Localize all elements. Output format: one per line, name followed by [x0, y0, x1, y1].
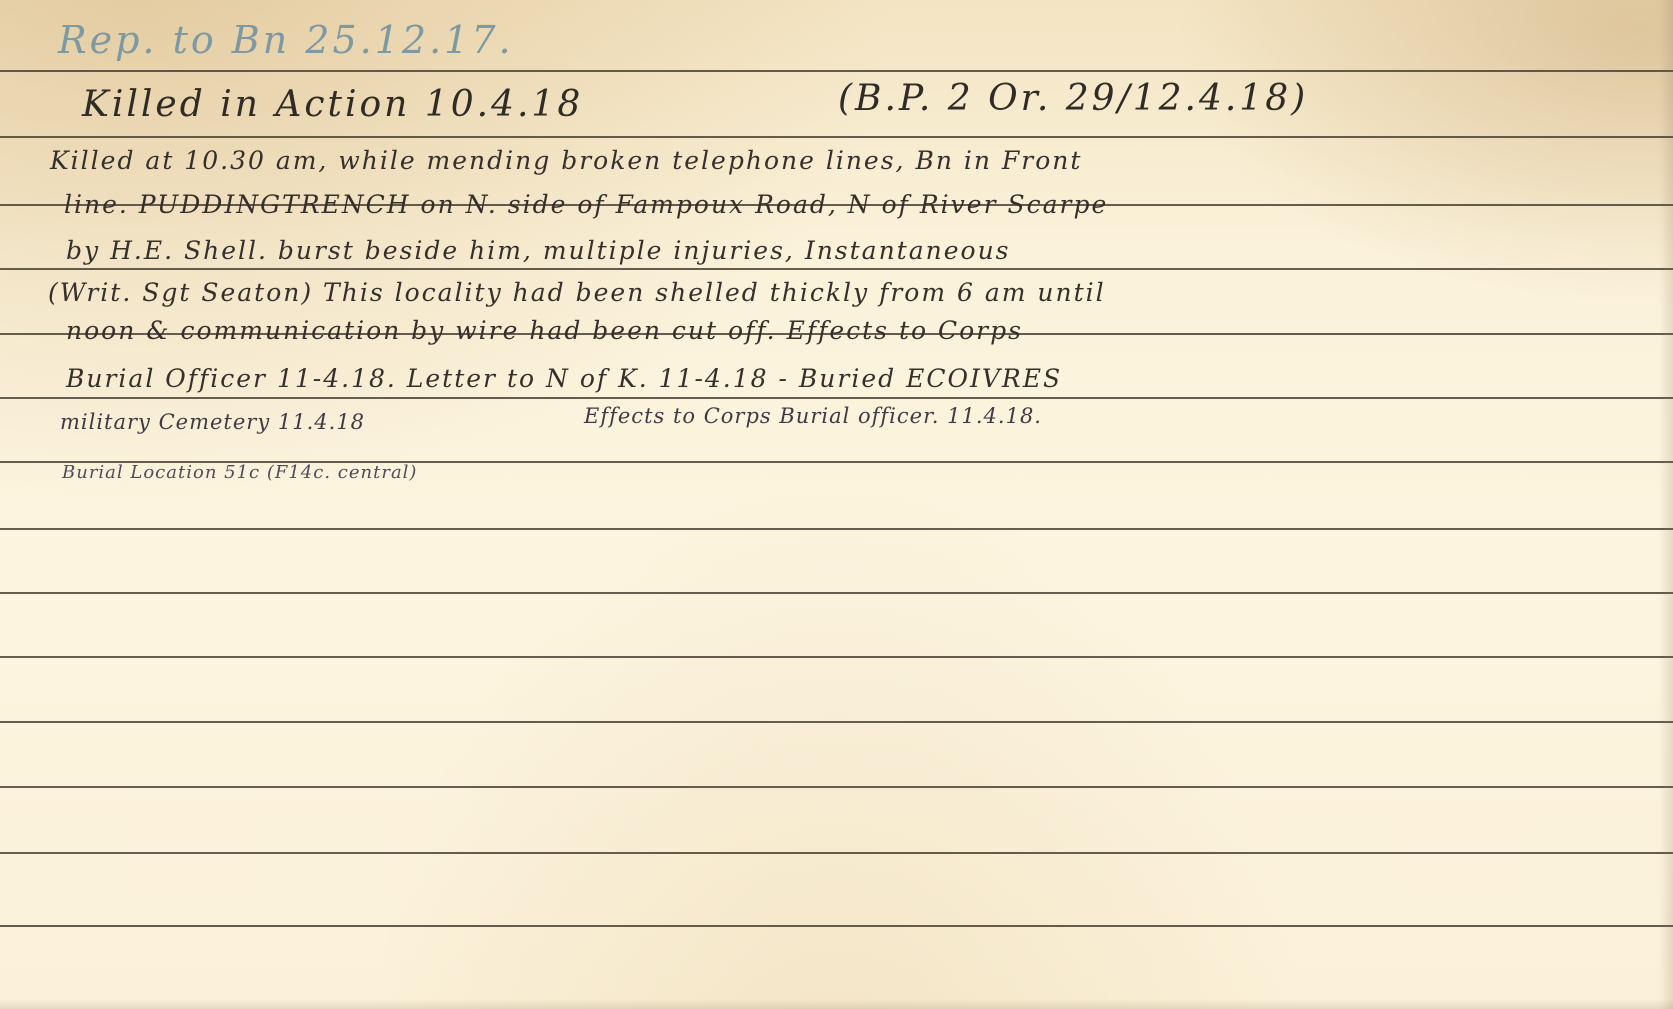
reported-note: Rep. to Bn 25.12.17. [58, 18, 514, 62]
detail-line-2: line. PUDDINGTRENCH on N. side of Fampou… [64, 190, 1108, 219]
detail-line-6: Burial Officer 11-4.18. Letter to N of K… [66, 364, 1062, 393]
cemetery-entry: military Cemetery 11.4.18 [60, 410, 365, 434]
ruled-line [0, 136, 1673, 138]
detail-line-1: Killed at 10.30 am, while mending broken… [50, 146, 1082, 175]
detail-line-5: noon & communication by wire had been cu… [66, 316, 1023, 345]
ruled-line [0, 268, 1673, 270]
ruled-line [0, 70, 1673, 72]
ruled-line [0, 786, 1673, 788]
ruled-line [0, 852, 1673, 854]
card-bottom-shadow [0, 999, 1673, 1009]
effects-entry: Effects to Corps Burial officer. 11.4.18… [584, 404, 1042, 428]
ruled-line [0, 528, 1673, 530]
card-edge-shadow [1659, 0, 1673, 1009]
ruled-line [0, 925, 1673, 927]
ruled-line [0, 721, 1673, 723]
detail-line-4: (Writ. Sgt Seaton) This locality had bee… [48, 278, 1106, 307]
ruled-line [0, 656, 1673, 658]
ruled-line [0, 397, 1673, 399]
status-entry: Killed in Action 10.4.18 [82, 84, 583, 125]
reference-entry: (B.P. 2 Or. 29/12.4.18) [838, 78, 1308, 119]
ruled-line [0, 592, 1673, 594]
burial-location-entry: Burial Location 51c (F14c. central) [62, 462, 417, 483]
record-card: Rep. to Bn 25.12.17. Killed in Action 10… [0, 0, 1673, 1009]
detail-line-3: by H.E. Shell. burst beside him, multipl… [66, 236, 1011, 265]
